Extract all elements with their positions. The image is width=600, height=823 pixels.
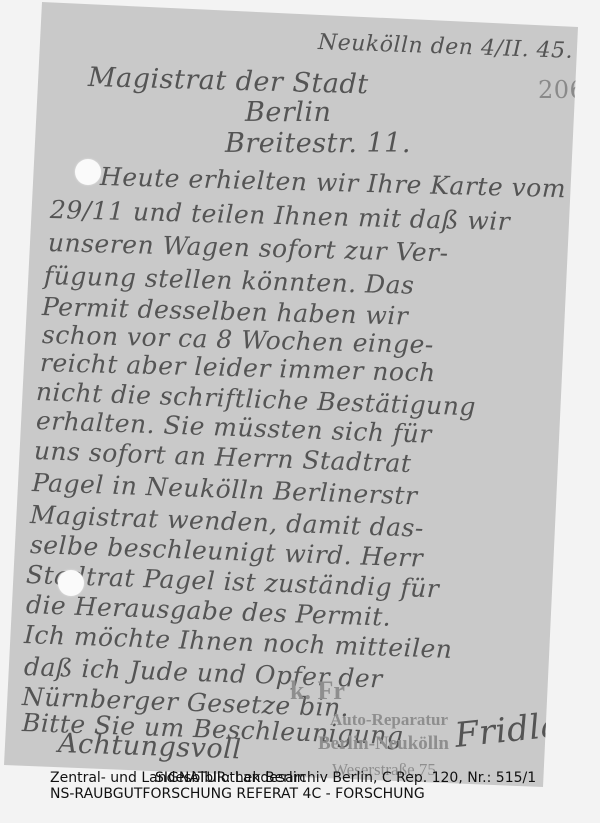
address-line-2: Berlin [245,97,331,128]
folio-number: 206 [538,76,585,104]
punch-hole [75,159,101,185]
punch-hole [58,570,84,596]
address-line-3: Breitestr. 11. [225,128,411,159]
body-line: Heute erhielten wir Ihre Karte vom [100,162,567,203]
signature: Fridla [453,705,563,756]
body-line: unseren Wagen sofort zur Ver- [48,228,449,267]
closing: Achtungsvoll [57,728,242,765]
stamp-line-auto-reparatur: Auto-Reparatur [330,710,448,730]
footer-department: NS-RAUBGUTFORSCHUNG REFERAT 4C - FORSCHU… [50,786,425,802]
place-date: Neukölln den 4/II. 45. [318,30,574,64]
address-line-1: Magistrat der Stadt [88,62,369,100]
footer-signature-reference: SIGNATUR: Landesarchiv Berlin, C Rep. 12… [155,770,536,786]
stamp-company-name: k. Fr [290,676,345,706]
stamp-line-city: Berlin-Neukölln [318,733,449,755]
archival-document-card: Neukölln den 4/II. 45. 206 Magistrat der… [0,0,600,823]
